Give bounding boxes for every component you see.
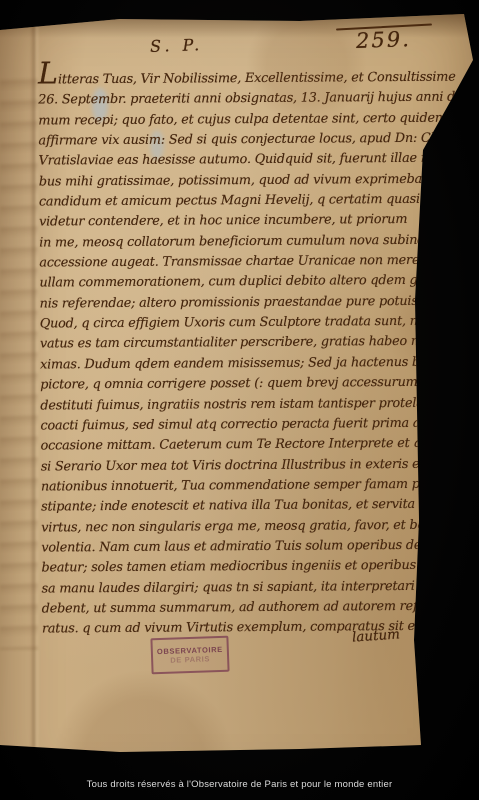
manuscript-line: videtur contendere, et in hoc unice incu… xyxy=(39,210,467,233)
manuscript-line: ratus. q cum ad vivum Virtutis exemplum,… xyxy=(42,617,470,640)
show-through-text xyxy=(0,70,38,650)
manuscript-line: virtus, nec non singularis erga me, meos… xyxy=(41,515,469,538)
manuscript-line: stipante; inde enotescit et nativa illa … xyxy=(41,495,469,518)
letter-body: Litteras Tuas, Vir Nobilissime, Excellen… xyxy=(38,67,470,641)
salutation-mark: S. P. xyxy=(150,35,204,56)
manuscript-line: si Serario Uxor mea tot Viris doctrina I… xyxy=(41,454,469,477)
manuscript-line: destituti fuimus, ingratiis nostris rem … xyxy=(40,393,468,416)
observatoire-stamp: OBSERVATOIRE DE PARIS xyxy=(150,636,229,675)
stamp-text-line2: DE PARIS xyxy=(170,654,210,664)
manuscript-line: pictore, q omnia corrigere posset (: que… xyxy=(40,373,468,396)
manuscript-line: Litteras Tuas, Vir Nobilissime, Excellen… xyxy=(38,67,466,91)
copyright-caption: Tous droits réservés à l'Observatoire de… xyxy=(0,779,479,790)
manuscript-line: ullam commemorationem, cum duplici debit… xyxy=(39,271,467,294)
manuscript-line: 26. Septembr. praeteriti anni obsignatas… xyxy=(38,88,466,111)
manuscript-line: occasione mittam. Caeterum cum Te Rector… xyxy=(41,434,469,457)
catchword: lautum xyxy=(352,626,401,645)
letter-page: S. P. 259. Litteras Tuas, Vir Nobilissim… xyxy=(0,0,479,800)
manuscript-line: Vratislaviae eas haesisse autumo. Quidqu… xyxy=(39,149,467,172)
folio-number: 259. xyxy=(356,27,412,53)
manuscript-line: sa manu laudes dilargiri; quas tn si sap… xyxy=(42,576,470,599)
manuscript-line: beatur; soles tamen etiam mediocribus in… xyxy=(41,556,469,579)
manuscript-scan: S. P. 259. Litteras Tuas, Vir Nobilissim… xyxy=(0,0,479,800)
manuscript-line: vatus es tam circumstantialiter perscrib… xyxy=(40,332,468,355)
